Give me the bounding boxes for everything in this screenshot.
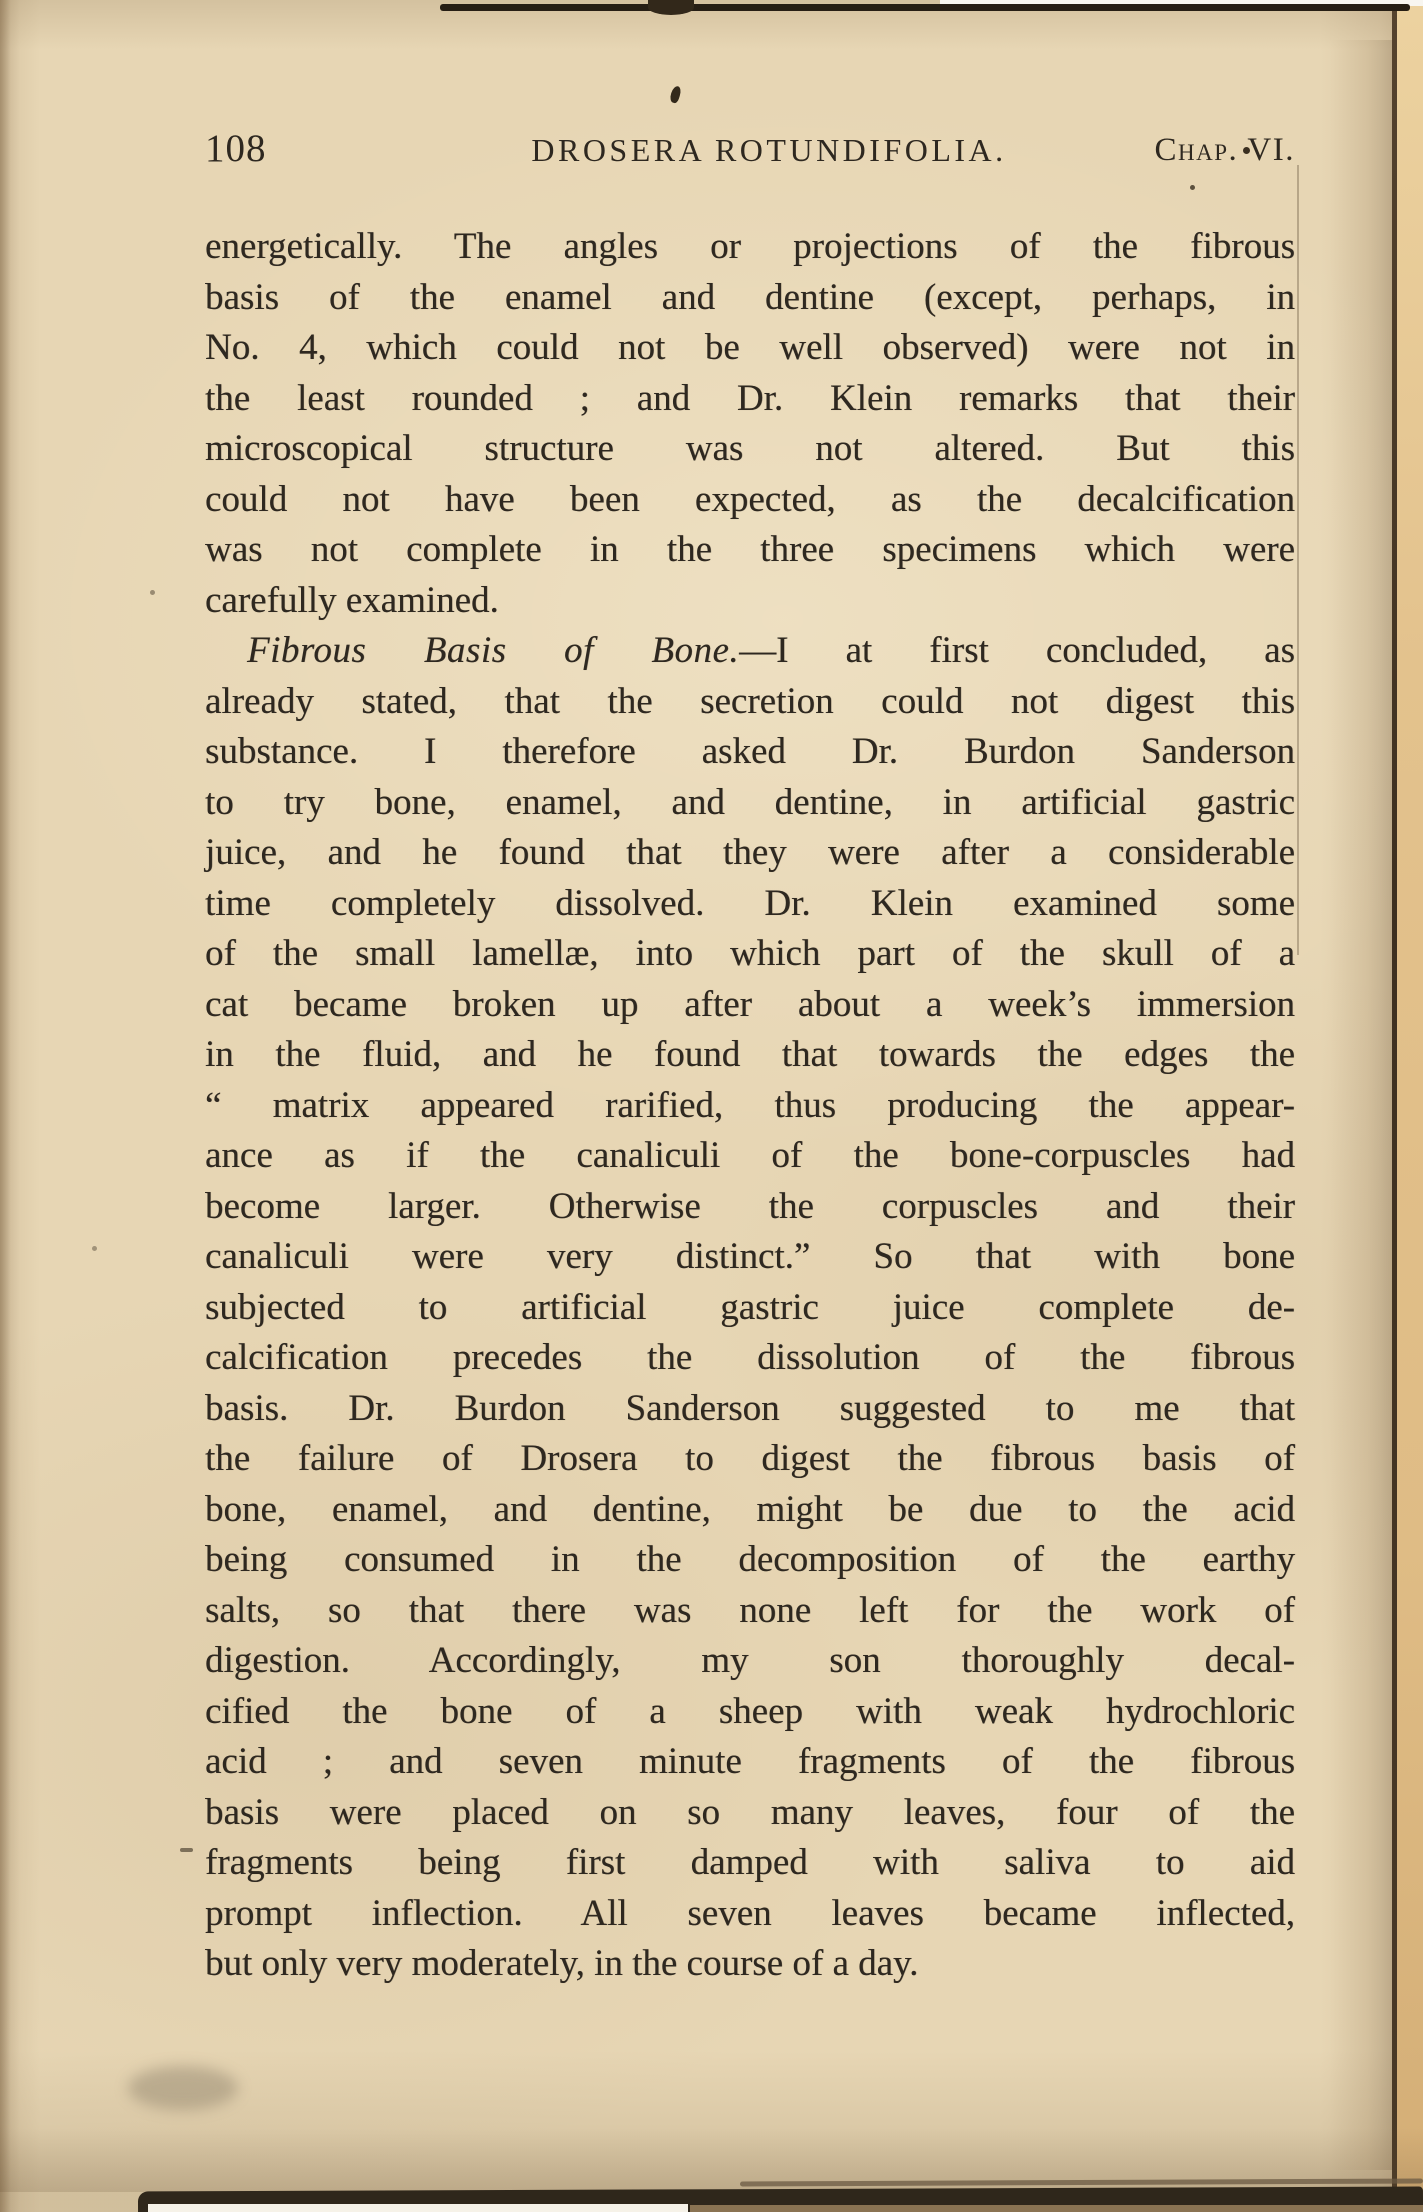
text-line: the least rounded ; and Dr. Klein remark… (205, 374, 1295, 425)
text-line: already stated, that the secretion could… (205, 677, 1295, 728)
text-line: microscopical structure was not altered.… (205, 424, 1295, 475)
text-line: to try bone, enamel, and dentine, in art… (205, 778, 1295, 829)
text-line: basis. Dr. Burdon Sanderson suggested to… (205, 1384, 1295, 1435)
text-line: digestion. Accordingly, my son thoroughl… (205, 1636, 1295, 1687)
page-header: 108 DROSERA ROTUNDIFOLIA. Chap. VI. (205, 124, 1295, 176)
text-line: being consumed in the decomposition of t… (205, 1535, 1295, 1586)
page-curl-shading (1330, 40, 1392, 2170)
text-line: cat became broken up after about a week’… (205, 980, 1295, 1031)
text-line: carefully examined. (205, 576, 1295, 627)
text-line: could not have been expected, as the dec… (205, 475, 1295, 526)
fore-edge-strip (1397, 0, 1423, 2212)
text-line: basis of the enamel and dentine (except,… (205, 273, 1295, 324)
text-line: fragments being first damped with saliva… (205, 1838, 1295, 1889)
smudge-mark (128, 2066, 238, 2110)
text-line: prompt inflection. All seven leaves beca… (205, 1889, 1295, 1940)
text-line: juice, and he found that they were after… (205, 828, 1295, 879)
section-heading-italic: Fibrous Basis of Bone. (247, 630, 739, 671)
left-edge-shadow (0, 0, 20, 2212)
running-title: DROSERA ROTUNDIFOLIA. (531, 132, 1006, 169)
text-line: the failure of Drosera to digest the fib… (205, 1434, 1295, 1485)
text-line: canaliculi were very distinct.” So that … (205, 1232, 1295, 1283)
page-number: 108 (205, 126, 267, 171)
ink-speck (92, 1246, 97, 1251)
chapter-label: Chap. VI. (1155, 132, 1296, 169)
text-line: energetically. The angles or projections… (205, 222, 1295, 273)
text-line: become larger. Otherwise the corpuscles … (205, 1182, 1295, 1233)
text-line: time completely dissolved. Dr. Klein exa… (205, 879, 1295, 930)
page-edge-line (1392, 8, 1397, 2203)
ink-speck (180, 1848, 193, 1852)
text-line: basis were placed on so many leaves, fou… (205, 1788, 1295, 1839)
text-line: subjected to artificial gastric juice co… (205, 1283, 1295, 1334)
text-line: salts, so that there was none left for t… (205, 1586, 1295, 1637)
ink-blob (648, 0, 694, 15)
text-line: was not complete in the three specimens … (205, 525, 1295, 576)
ink-speck (1190, 185, 1195, 190)
book-page-scan: 108 DROSERA ROTUNDIFOLIA. Chap. VI. ener… (0, 0, 1423, 2212)
body-text: energetically. The angles or projections… (205, 222, 1295, 1990)
text-line: “ matrix appeared rarified, thus produci… (205, 1081, 1295, 1132)
text-line: cified the bone of a sheep with weak hyd… (205, 1687, 1295, 1738)
ink-speck (150, 590, 155, 595)
page-crease-line (1297, 165, 1299, 955)
text-line: Fibrous Basis of Bone.—I at first conclu… (205, 626, 1295, 677)
text-line: calcification precedes the dissolution o… (205, 1333, 1295, 1384)
text-line: bone, enamel, and dentine, might be due … (205, 1485, 1295, 1536)
text-line: of the small lamellæ, into which part of… (205, 929, 1295, 980)
text-line: No. 4, which could not be well observed)… (205, 323, 1295, 374)
text-line: in the fluid, and he found that towards … (205, 1030, 1295, 1081)
top-edge-line (440, 4, 1410, 11)
bottom-edge-band-secondary (690, 2205, 1423, 2212)
text-line: substance. I therefore asked Dr. Burdon … (205, 727, 1295, 778)
bottom-scan-gap (148, 2204, 688, 2212)
text-line: but only very moderately, in the course … (205, 1939, 1295, 1990)
text-line: ance as if the canaliculi of the bone-co… (205, 1131, 1295, 1182)
ink-speck (669, 85, 683, 104)
text-line: acid ; and seven minute fragments of the… (205, 1737, 1295, 1788)
